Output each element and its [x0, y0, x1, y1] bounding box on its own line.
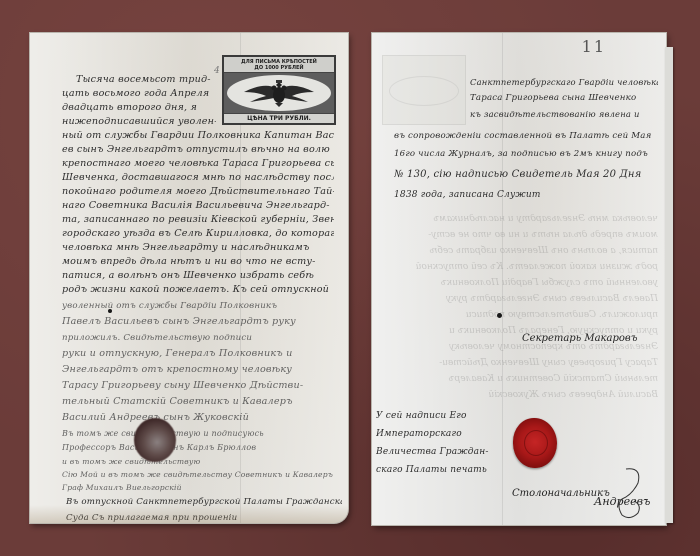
double-headed-eagle-icon [240, 78, 318, 108]
handwriting-line: Профессоръ Василій Иванъ Карлъ Брюллов [62, 441, 334, 456]
stamp-bleedthrough-oval [389, 76, 459, 106]
bleedthrough-text: Павелъ Васильевъ сынъ Энгельгардтъ руку [380, 293, 658, 306]
bleedthrough-text: Василий Андреевъ сынъ Жуковскій [380, 389, 658, 402]
handwriting-line: въ сопровожденіи составленной въ Палатѣ … [394, 131, 658, 141]
left-document-page: 4 ДЛЯ ПИСЬМА КРѢПОСТЕЙ ДО 1000 РУБЛЕЙ ЦѢ [30, 33, 348, 523]
handwriting-line: Санктпетербургскаго Гвардіи человѣка [470, 77, 658, 87]
handwriting-line: Величества Граждан- [376, 447, 496, 457]
bleedthrough-text: патися, а волѣнъ онъ Шевченко избрать се… [380, 245, 658, 258]
handwriting-line: Въ томъ же свидѣтельствую и подписуюсь [62, 427, 334, 442]
handwriting-line: тельный Статскій Советникъ и Кавалеръ [62, 395, 334, 410]
handwriting-line: цать восьмого года Апреля [62, 87, 216, 102]
revenue-stamp: ДЛЯ ПИСЬМА КРѢПОСТЕЙ ДО 1000 РУБЛЕЙ ЦѢНА… [222, 55, 336, 125]
stamp-emblem-frame [224, 73, 334, 113]
footer-line: Суда Съ прилагаемая при прошеніи [66, 511, 342, 526]
handwriting-line: 1838 года, записана Служит [394, 190, 658, 200]
secretary-signature: Секретарь Макаровъ [522, 333, 637, 344]
handwriting-line: человѣка мнѣ Энгельгардту и наслѣдникамъ [62, 241, 334, 256]
bleedthrough-text: Тарасу Григорьеву сыну Шевченко Дѣйстви- [380, 357, 658, 370]
red-wax-seal-icon [513, 418, 557, 468]
handwriting-line: Граф Михаилъ Виельгорскій [62, 481, 334, 496]
handwriting-line: городскаго уѣзда въ Селѣ Кирилловка, до … [62, 227, 334, 242]
handwriting-line: 16го числа Журналъ, за подписью въ 2мъ к… [394, 149, 658, 159]
ink-dot [497, 313, 502, 318]
handwriting-line: № 130, сію надписью Свидетель Мая 20 Дня [394, 169, 658, 180]
handwriting-line: двадцать второго дня, я [62, 101, 216, 116]
handwriting-line: У сей надписи Его [376, 411, 496, 421]
bleedthrough-text: родъ жизни какой пожелаетъ. Къ сей отпус… [380, 261, 658, 274]
handwriting-line: уволенный отъ службы Гвардіи Полковникъ [62, 299, 334, 314]
handwriting-line: Шевченка, доставшагося мнѣ по наслѣдству… [62, 171, 334, 186]
handwriting-line: ный от службы Гвардии Полковника Капитан… [62, 129, 334, 144]
ink-dot [108, 309, 112, 313]
handwriting-line: та, записаннаго по ревизіи Кіевской губе… [62, 213, 334, 228]
handwriting-line: Тараса Григорьева сына Шевченко [470, 93, 658, 103]
handwriting-line: скаго Палаты печать [376, 465, 496, 475]
bleedthrough-text: тельный Статскій Советникъ и Кавалеръ [380, 373, 658, 386]
stamp-header: ДЛЯ ПИСЬМА КРѢПОСТЕЙ ДО 1000 РУБЛЕЙ [224, 57, 334, 73]
stamp-oval [227, 75, 331, 111]
bleedthrough-text: человѣка мнѣ Энгельгардту и наслѣдникамъ [380, 213, 658, 226]
ink-seal-icon [134, 418, 176, 462]
handwriting-line: Павелъ Васильевъ сынъ Энгельгардтъ руку [62, 315, 334, 330]
handwriting-line: нижеподписавшийся уволен- [62, 115, 216, 130]
handwriting-line: патися, а волѣнъ онъ Шевченко избрать се… [62, 269, 334, 284]
handwriting-line: ев сынъ Энгельгардтъ отпустилъ вѣчно на … [62, 143, 334, 158]
handwriting-line: къ засвидѣтельствованію явлена и [470, 109, 658, 119]
handwriting-line: Тарасу Григорьеву сыну Шевченко Дѣйстви- [62, 379, 334, 394]
signature-flourish-icon [612, 465, 652, 523]
handwriting-line: Василий Андреевъ сынъ Жуковскій [62, 411, 334, 426]
handwriting-line: моимъ впредь дѣла нѣтъ и ни во что не вс… [62, 255, 334, 270]
bleedthrough-text: моимъ впредь дѣла нѣтъ и ни во что не вс… [380, 229, 658, 242]
handwriting-line: родъ жизни какой пожелаетъ. Къ сей отпус… [62, 283, 334, 298]
footer-line: Въ отпускной Санктпетербургской Палаты Г… [66, 495, 342, 510]
bleedthrough-text: уволенный отъ службы Гвардіи Полковникъ [380, 277, 658, 290]
right-document-page: 11 Санктпетербургскаго Гвардіи человѣка … [372, 33, 666, 525]
stamp-price: ЦѢНА ТРИ РУБЛИ. [224, 113, 334, 123]
stamp-bleedthrough [382, 55, 466, 125]
stamp-header-line-2: ДО 1000 РУБЛЕЙ [226, 65, 332, 71]
handwriting-line: покойнаго родителя моего Дѣйствительнаго… [62, 185, 334, 200]
handwriting-line: Императорскаго [376, 429, 496, 439]
handwriting-line: крепостнаго моего человѣка Тараса Григор… [62, 157, 334, 172]
bleedthrough-text: приложилъ. Свидѣтельствую подписи [380, 309, 658, 322]
page-number: 11 [582, 37, 606, 56]
handwriting-line: руки и отпускную, Генералъ Полковникъ и [62, 347, 334, 362]
handwriting-line: Энгельгардтъ отъ крепостному человѣку [62, 363, 334, 378]
handwriting-line: Тысяча восемьсот трид- [76, 73, 216, 88]
handwriting-line: приложилъ. Свидѣтельствую подписи [62, 331, 334, 346]
handwriting-line: наго Советника Василія Васильевича Энгел… [62, 199, 334, 214]
